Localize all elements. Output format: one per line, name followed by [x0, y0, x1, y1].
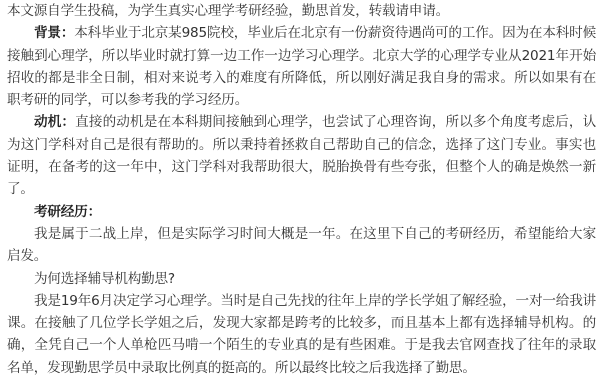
- background-text: 本科毕业于北京某985院校，毕业后在北京有一份薪资待遇尚可的工作。因为在本科时候…: [7, 25, 596, 108]
- intro-paragraph: 本文源自学生投稿，为学生真实心理学考研经验，勤思首发，转载请申请。: [7, 0, 596, 22]
- background-paragraph: 背景：本科毕业于北京某985院校，毕业后在北京有一份薪资待遇尚可的工作。因为在本…: [7, 22, 596, 111]
- background-label: 背景：: [34, 25, 74, 41]
- experience-heading: 考研经历：: [7, 201, 596, 223]
- article-body: 本文源自学生投稿，为学生真实心理学考研经验，勤思首发，转载请申请。 背景：本科毕…: [0, 0, 600, 379]
- motivation-text: 直接的动机是在本科期间接触到心理学，也尝试了心理咨询，所以多个角度考虑后，认为这…: [7, 114, 596, 197]
- answer-paragraph: 我是19年6月决定学习心理学。当时是自己先找的往年上岸的学长学姐了解经验，一对一…: [7, 290, 596, 379]
- experience-paragraph: 我是属于二战上岸，但是实际学习时间大概是一年。在这里下自己的考研经历，希望能给大…: [7, 223, 596, 268]
- motivation-paragraph: 动机：直接的动机是在本科期间接触到心理学，也尝试了心理咨询，所以多个角度考虑后，…: [7, 111, 596, 200]
- question-heading: 为何选择辅导机构勤思?: [7, 268, 596, 290]
- motivation-label: 动机：: [34, 114, 75, 130]
